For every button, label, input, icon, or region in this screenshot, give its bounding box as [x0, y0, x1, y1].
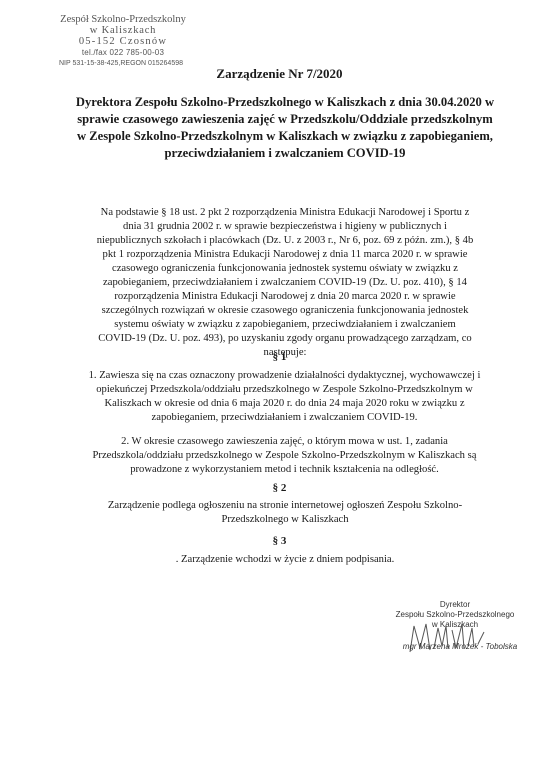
- section-1-paragraph-1: 1. Zawiesza się na czas oznaczony prowad…: [88, 369, 481, 425]
- section-3-heading: § 3: [0, 535, 559, 547]
- school-stamp: Zespół Szkolno-Przedszkolny w Kaliszkach…: [58, 14, 188, 69]
- stamp-school-name: Zespół Szkolno-Przedszkolny: [58, 14, 188, 25]
- signature-role: Dyrektor: [380, 600, 530, 610]
- stamp-phone: tel./fax 022 785-00-03: [58, 47, 188, 58]
- section-1-heading: § 1: [0, 351, 559, 363]
- document-title: Zarządzenie Nr 7/2020: [0, 66, 559, 82]
- stamp-postal-address: 05-152 Czosnów: [58, 36, 188, 47]
- section-3-paragraph-1: . Zarządzenie wchodzi w życie z dniem po…: [95, 553, 475, 567]
- signature-organization: Zespołu Szkolno-Przedszkolnego: [380, 610, 530, 620]
- preamble-paragraph: Na podstawie § 18 ust. 2 pkt 2 rozporząd…: [95, 206, 475, 360]
- stamp-location: w Kaliszkach: [58, 25, 188, 36]
- document-subtitle: Dyrektora Zespołu Szkolno-Przedszkolnego…: [75, 94, 495, 162]
- section-2-heading: § 2: [0, 482, 559, 494]
- section-2-paragraph-1: Zarządzenie podlega ogłoszeniu na stroni…: [100, 499, 470, 527]
- signature-name: mgr Marzena Mrożek - Tobolska: [390, 642, 530, 652]
- section-1-paragraph-2: 2. W okresie czasowego zawieszenia zajęć…: [88, 435, 481, 477]
- signature-place: w Kaliszkach: [380, 620, 530, 630]
- signature-block: Dyrektor Zespołu Szkolno-Przedszkolnego …: [380, 600, 530, 652]
